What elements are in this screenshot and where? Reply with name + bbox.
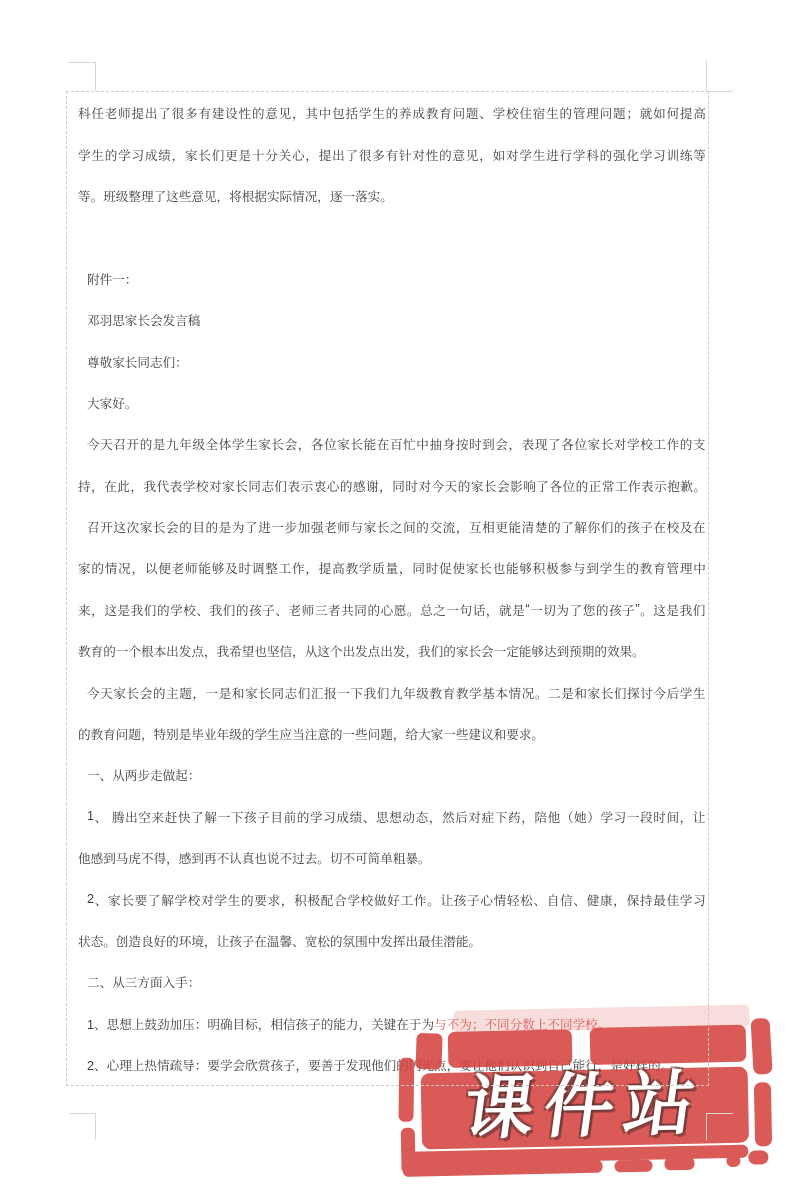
stamp-border-bottom [748, 1150, 768, 1164]
text-line: 来，这是我们的学校、我们的孩子、老师三者共同的心愿。总之一句话，就是“一切为了您… [78, 589, 706, 630]
crop-mark-top-left [68, 62, 96, 91]
crop-mark-top-right [706, 60, 733, 92]
stamp-border-bottom [614, 1160, 652, 1173]
text-segment: 状态。创造良好的环境，让孩子在温馨、宽松的氛围中发挥出最佳潜能。 [78, 931, 481, 950]
text-line: 1、 腾出空来赶快了解一下孩子目前的学习成绩、思想动态，然后对症下药，陪他（她）… [78, 796, 706, 837]
stamp-border-bottom [726, 1155, 740, 1167]
blank-line [78, 216, 706, 257]
text-line: 尊敬家长同志们： [78, 340, 706, 381]
text-line: 2、心理上热情疏导：要学会欣赏孩子，要善于发现他们的闪光点，要让他们认识到自己能… [78, 1044, 706, 1085]
text-line: 持，在此，我代表学校对家长同志们表示衷心的感谢，同时对今天的家长会影响了各位的正… [78, 465, 706, 506]
text-line: 教育的一个根本出发点，我希望也坚信，从这个出发点出发，我们的家长会一定能够达到预… [78, 630, 706, 671]
text-line: 学生的学习成绩，家长们更是十分关心，提出了很多有针对性的意见，如对学生进行学科的… [78, 133, 706, 174]
document-page: 科任老师提出了很多有建设性的意见，其中包括学生的养成教育问题、学校住宿生的管理问… [0, 0, 800, 1200]
stamp-border-bottom [408, 1145, 748, 1165]
text-segment: 与不为；不同分数上不同学校。 [434, 1014, 610, 1033]
text-segment: 的教育问题，特别是毕业年级的学生应当注意的一些问题，给大家一些建议和要求。 [78, 724, 544, 743]
text-line: 召开这次家长会的目的是为了进一步加强老师与家长之间的交流，互相更能清楚的了解你们… [78, 506, 706, 547]
text-segment: 1、思想上鼓劲加压：明确目标，相信孩子的能力，关键在于为 [87, 1014, 434, 1033]
text-segment: 教育的一个根本出发点，我希望也坚信，从这个出发点出发，我们的家长会一定能够达到预… [78, 641, 645, 660]
document-lines: 科任老师提出了很多有建设性的意见，其中包括学生的养成教育问题、学校住宿生的管理问… [78, 92, 706, 1085]
text-segment: 等。班级整理了这些意见，将根据实际情况，逐一落实。 [78, 186, 393, 205]
text-segment: 他感到马虎不得，感到再不认真也说不过去。切不可简单粗暴。 [78, 848, 431, 867]
stamp-border-bottom [664, 1157, 694, 1171]
text-line: 大家好。 [78, 382, 706, 423]
crop-mark-bottom-left [69, 1113, 96, 1140]
text-line: 一、从两步走做起： [78, 754, 706, 795]
text-segment: 二、从三方面入手： [87, 972, 200, 991]
text-line: 1、思想上鼓劲加压：明确目标，相信孩子的能力，关键在于为与不为；不同分数上不同学… [78, 1003, 706, 1044]
text-line: 2、家长要了解学校对学生的要求，积极配合学校做好工作。让孩子心情轻松、自信、健康… [78, 878, 706, 919]
text-segment: 2、心理上热情疏导：要学会欣赏孩子，要善于发现他们的闪光点，要让他们认识到自己能… [87, 1055, 673, 1074]
text-line: 状态。创造良好的环境，让孩子在温馨、宽松的氛围中发挥出最佳潜能。 [78, 920, 706, 961]
text-line: 他感到马虎不得，感到再不认真也说不过去。切不可简单粗暴。 [78, 837, 706, 878]
stamp-border-right [751, 1018, 773, 1075]
stamp-border-right [754, 1082, 772, 1146]
text-line: 家的情况，以便老师能够及时调整工作，提高教学质量，同时促使家长也能够积极参与到学… [78, 547, 706, 588]
text-line: 二、从三方面入手： [78, 961, 706, 1002]
text-line: 今天家长会的主题，一是和家长同志们汇报一下我们九年级教育教学基本情况。二是和家长… [78, 671, 706, 712]
text-segment: 邓羽思家长会发言稿 [87, 310, 200, 329]
stamp-border-bottom [402, 1160, 602, 1177]
text-line: 的教育问题，特别是毕业年级的学生应当注意的一些问题，给大家一些建议和要求。 [78, 713, 706, 754]
text-line: 附件一： [78, 258, 706, 299]
text-line: 今天召开的是九年级全体学生家长会，各位家长能在百忙中抽身按时到会，表现了各位家长… [78, 423, 706, 464]
text-line: 邓羽思家长会发言稿 [78, 299, 706, 340]
text-segment: 附件一： [87, 269, 137, 288]
text-segment: 一、从两步走做起： [87, 765, 200, 784]
text-segment: 尊敬家长同志们： [87, 352, 188, 371]
crop-mark-bottom-right [706, 1113, 733, 1140]
stamp-border-left [401, 1128, 416, 1174]
text-line: 等。班级整理了这些意见，将根据实际情况，逐一落实。 [78, 175, 706, 216]
text-segment: 大家好。 [87, 393, 137, 412]
text-line: 科任老师提出了很多有建设性的意见，其中包括学生的养成教育问题、学校住宿生的管理问… [78, 92, 706, 133]
